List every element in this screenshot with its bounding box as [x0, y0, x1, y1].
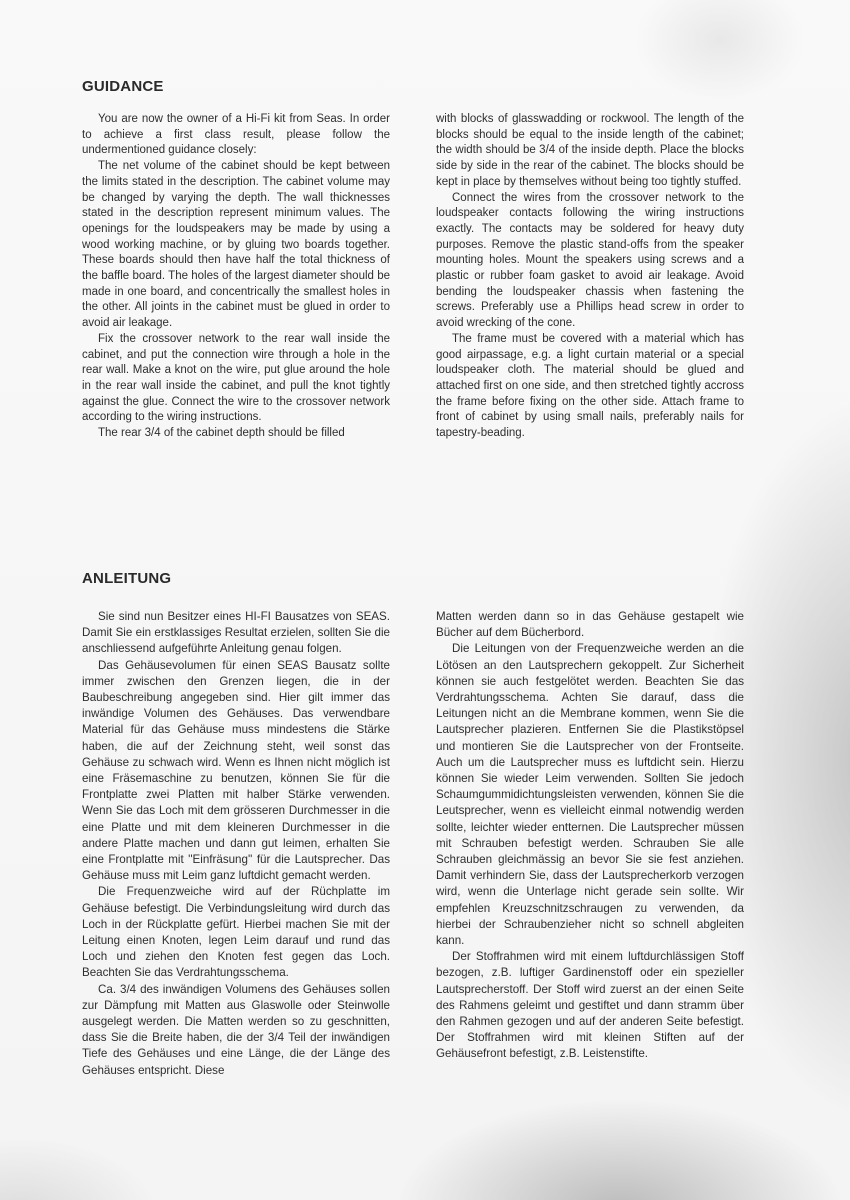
guidance-section: GUIDANCE You are now the owner of a Hi-F… — [82, 78, 746, 95]
guidance-right-column: with blocks of glasswadding or rockwool.… — [436, 112, 744, 442]
paragraph: The frame must be covered with a materia… — [436, 332, 744, 442]
anleitung-right-column: Matten werden dann so in das Gehäuse ges… — [436, 609, 744, 1063]
paragraph: Das Gehäusevolumen für einen SEAS Bausat… — [82, 658, 390, 885]
anleitung-section: ANLEITUNG Sie sind nun Besitzer eines HI… — [82, 570, 746, 587]
paragraph: Matten werden dann so in das Gehäuse ges… — [436, 609, 744, 641]
section-heading-anleitung: ANLEITUNG — [82, 570, 746, 587]
paragraph: Die Frequenzweiche wird auf der Rüchplat… — [82, 884, 390, 981]
paragraph: You are now the owner of a Hi-Fi kit fro… — [82, 112, 390, 159]
paragraph: Connect the wires from the crossover net… — [436, 191, 744, 332]
paragraph: with blocks of glasswadding or rockwool.… — [436, 112, 744, 191]
paragraph: The rear 3/4 of the cabinet depth should… — [82, 426, 390, 442]
guidance-left-column: You are now the owner of a Hi-Fi kit fro… — [82, 112, 390, 442]
paragraph: The net volume of the cabinet should be … — [82, 159, 390, 332]
section-heading-guidance: GUIDANCE — [82, 78, 746, 95]
paragraph: Der Stoffrahmen wird mit einem luftdurch… — [436, 949, 744, 1062]
paragraph: Ca. 3/4 des inwändigen Volumens des Gehä… — [82, 982, 390, 1079]
paragraph: Sie sind nun Besitzer eines HI-FI Bausat… — [82, 609, 390, 658]
paragraph: Die Leitungen von der Frequenzweiche wer… — [436, 641, 744, 949]
scanned-page: GUIDANCE You are now the owner of a Hi-F… — [0, 0, 850, 1200]
anleitung-left-column: Sie sind nun Besitzer eines HI-FI Bausat… — [82, 609, 390, 1079]
paragraph: Fix the crossover network to the rear wa… — [82, 332, 390, 426]
